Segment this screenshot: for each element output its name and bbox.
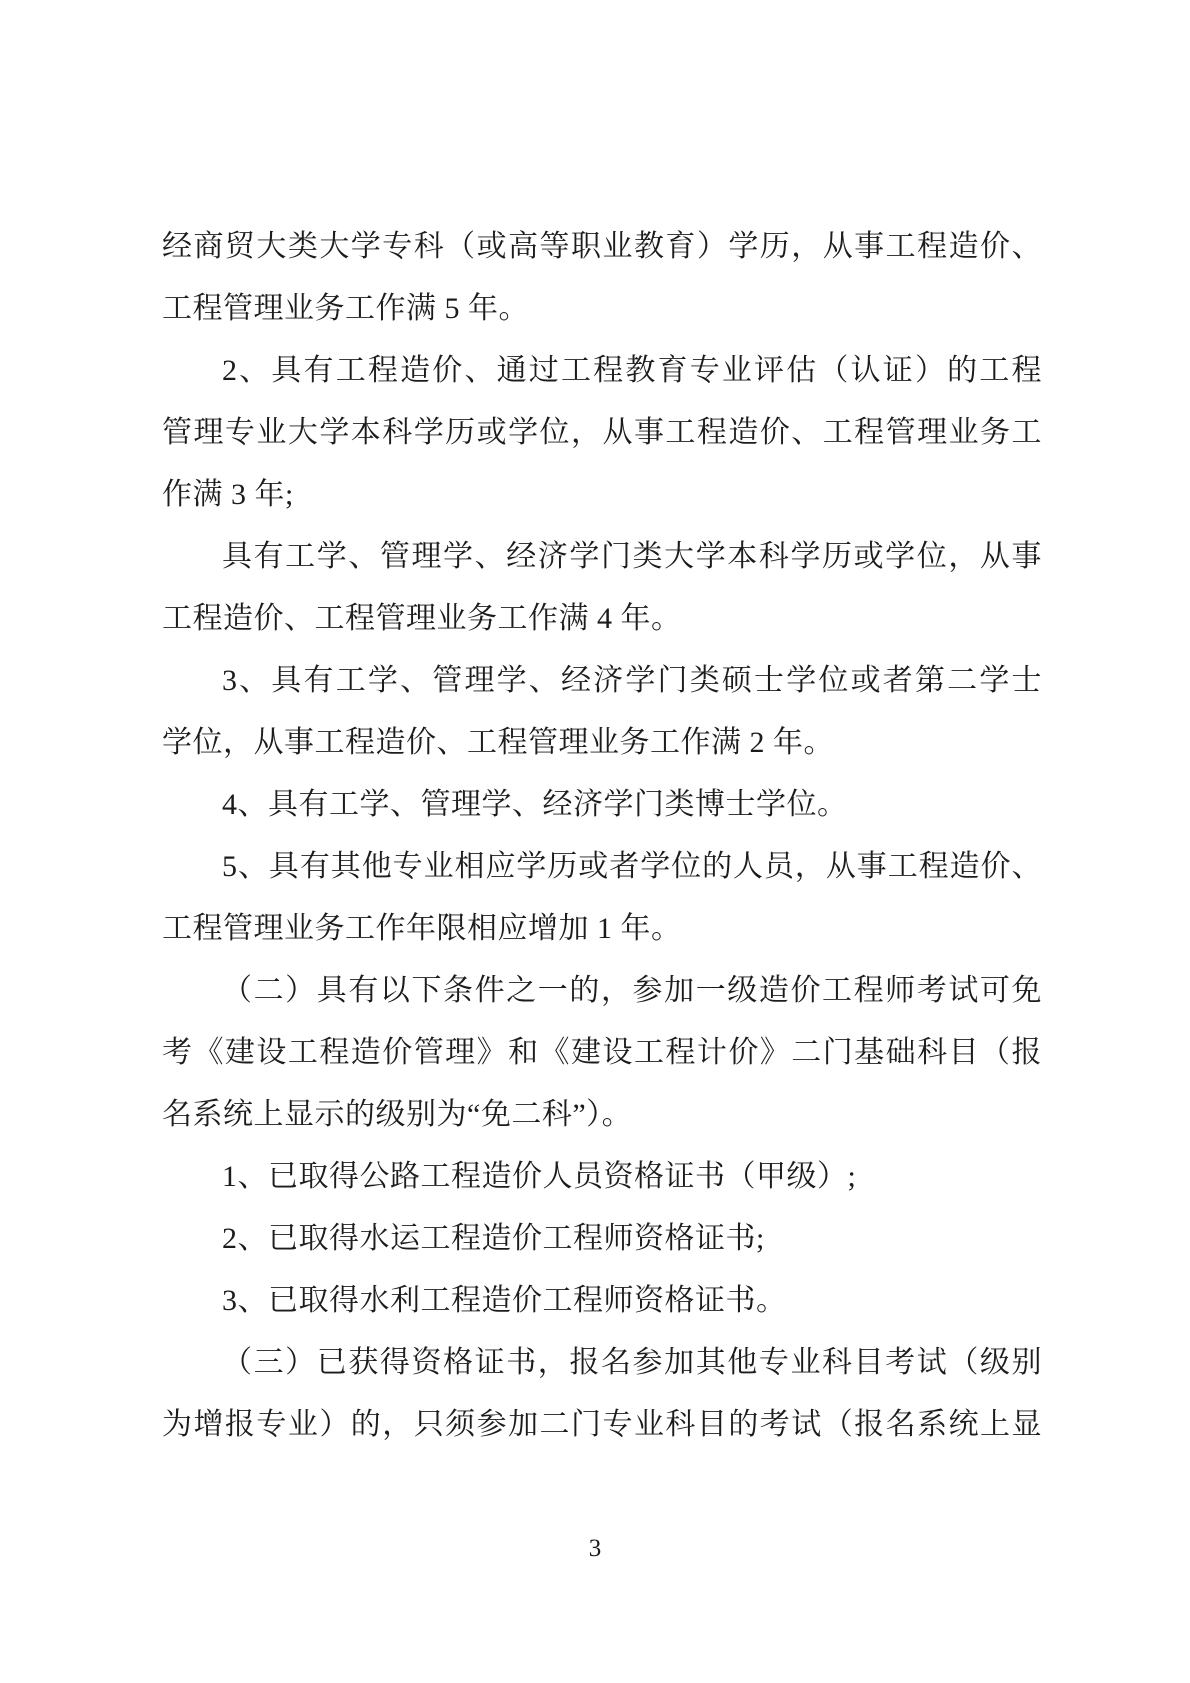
text-line: 管理专业大学本科学历或学位，从事工程造价、工程管理业务工 [162, 402, 1042, 464]
text-line: 考《建设工程造价管理》和《建设工程计价》二门基础科目（报 [162, 1022, 1042, 1084]
text-line: 学位，从事工程造价、工程管理业务工作满 2 年。 [162, 712, 1042, 774]
document-body-text: 经商贸大类大学专科（或高等职业教育）学历，从事工程造价、 工程管理业务工作满 5… [162, 216, 1042, 1456]
text-line: 工程管理业务工作年限相应增加 1 年。 [162, 898, 1042, 960]
text-line: 为增报专业）的，只须参加二门专业科目的考试（报名系统上显 [162, 1394, 1042, 1456]
text-line: 1、已取得公路工程造价人员资格证书（甲级）; [162, 1146, 1042, 1208]
text-line: 名系统上显示的级别为“免二科”）。 [162, 1084, 1042, 1146]
text-line: 具有工学、管理学、经济学门类大学本科学历或学位，从事 [162, 526, 1042, 588]
document-page: 经商贸大类大学专科（或高等职业教育）学历，从事工程造价、 工程管理业务工作满 5… [0, 0, 1190, 1683]
text-line: 2、具有工程造价、通过工程教育专业评估（认证）的工程 [162, 340, 1042, 402]
text-line: 5、具有其他专业相应学历或者学位的人员，从事工程造价、 [162, 836, 1042, 898]
text-line: （二）具有以下条件之一的，参加一级造价工程师考试可免 [162, 960, 1042, 1022]
text-line: 工程造价、工程管理业务工作满 4 年。 [162, 588, 1042, 650]
text-line: 3、已取得水利工程造价工程师资格证书。 [162, 1270, 1042, 1332]
text-line: （三）已获得资格证书，报名参加其他专业科目考试（级别 [162, 1332, 1042, 1394]
page-number: 3 [0, 1532, 1190, 1566]
text-line: 作满 3 年; [162, 464, 1042, 526]
text-line: 3、具有工学、管理学、经济学门类硕士学位或者第二学士 [162, 650, 1042, 712]
text-line: 经商贸大类大学专科（或高等职业教育）学历，从事工程造价、 [162, 216, 1042, 278]
text-line: 4、具有工学、管理学、经济学门类博士学位。 [162, 774, 1042, 836]
text-line: 工程管理业务工作满 5 年。 [162, 278, 1042, 340]
text-line: 2、已取得水运工程造价工程师资格证书; [162, 1208, 1042, 1270]
